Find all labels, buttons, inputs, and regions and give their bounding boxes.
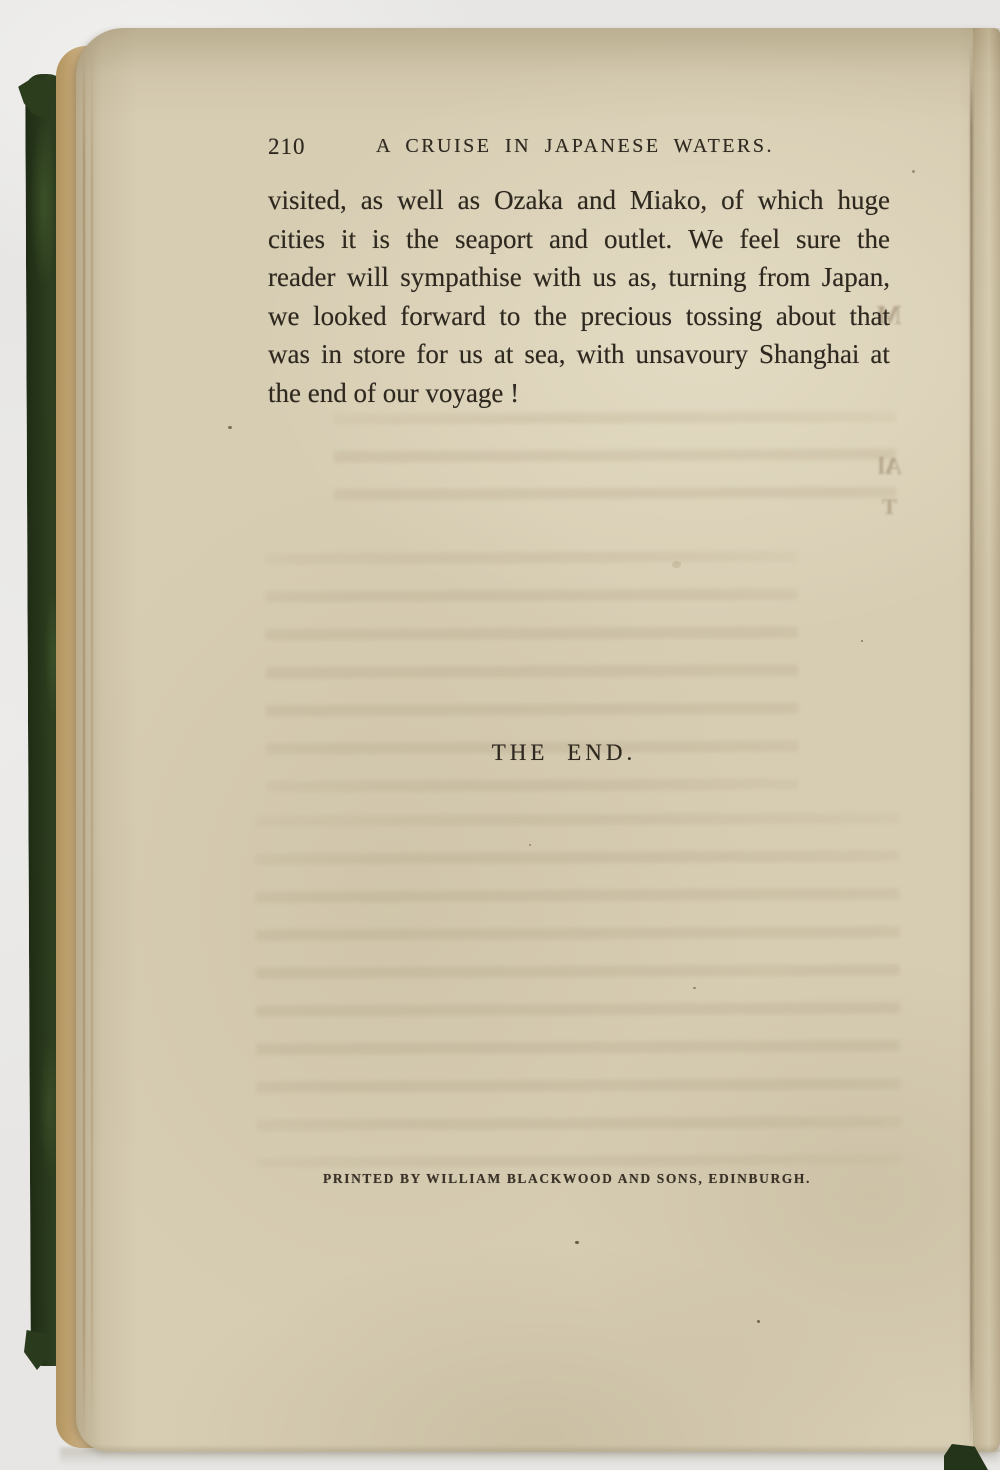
printer-colophon: PRINTED BY WILLIAM BLACKWOOD AND SONS, E…: [256, 1171, 878, 1187]
bleed-through-letter: T: [882, 494, 897, 520]
foxing-spot: [575, 1241, 579, 1244]
body-line: wasinstoreforusatsea,withunsavouryShangh…: [268, 339, 890, 378]
bleed-through-text: [334, 411, 897, 526]
fore-edge-leaf: [973, 28, 1000, 1452]
foxing-spot: [861, 640, 863, 642]
body-line: the end of our voyage !: [268, 378, 890, 417]
body-line: readerwillsympathisewithusas,turningfrom…: [268, 262, 890, 301]
body-text: visited,aswellasOzakaandMiako,ofwhichhug…: [268, 185, 890, 416]
page-crease-line: [970, 42, 973, 1446]
bleed-through-letter: Al: [878, 454, 902, 481]
gutter-page-edge-line: [83, 48, 85, 1438]
foxing-spot: [672, 561, 681, 568]
gutter-page-edge-line: [91, 48, 93, 1438]
book-page: MAlT 210 A CRUISE IN JAPANESE WATERS. vi…: [76, 28, 1000, 1452]
running-title: A CRUISE IN JAPANESE WATERS.: [264, 135, 886, 158]
foxing-spot: [529, 844, 531, 846]
foxing-spot: [693, 987, 696, 989]
foxing-spot: [912, 170, 915, 173]
page-header: 210 A CRUISE IN JAPANESE WATERS.: [264, 132, 886, 160]
body-line: visited,aswellasOzakaandMiako,ofwhichhug…: [268, 185, 890, 224]
foxing-spot: [228, 426, 232, 429]
page-bottom-shadow: [60, 1448, 1000, 1470]
foxing-spot: [757, 1320, 760, 1323]
bleed-through-text: [255, 812, 901, 1167]
end-marker: THE END.: [253, 740, 875, 766]
body-line: welookedforwardtotheprecioustossingabout…: [268, 301, 890, 340]
book-photo: MAlT 210 A CRUISE IN JAPANESE WATERS. vi…: [0, 0, 1000, 1470]
body-line: citiesitistheseaportandoutlet.Wefeelsure…: [268, 224, 890, 263]
